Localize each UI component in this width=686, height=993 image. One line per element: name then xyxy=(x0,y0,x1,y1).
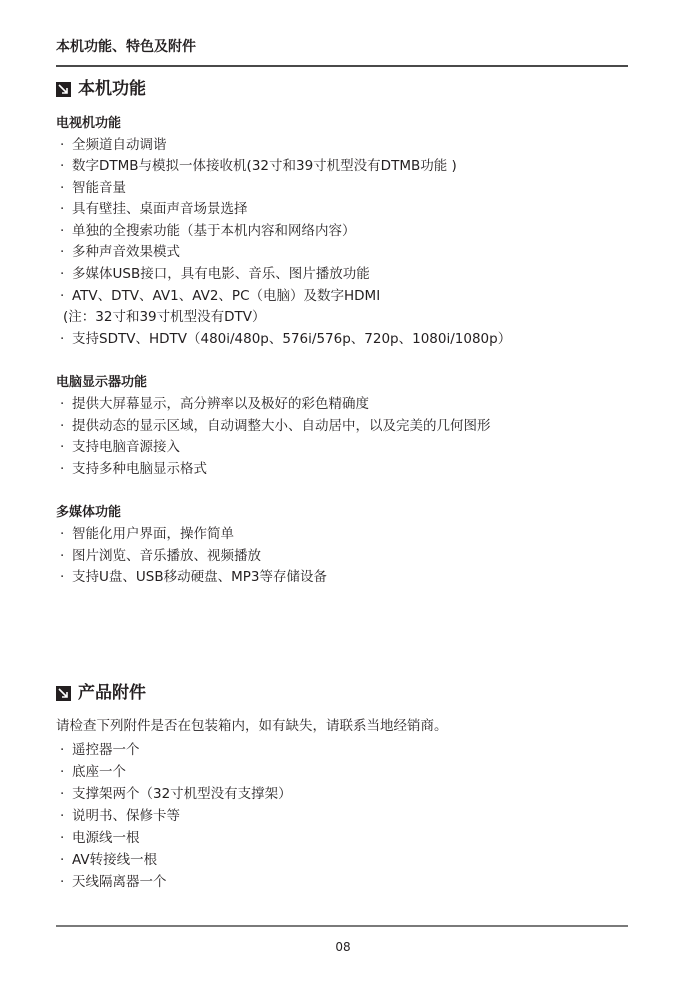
footer-divider xyxy=(56,925,628,927)
section-title-features: 本机功能 xyxy=(56,78,146,100)
bullet: · xyxy=(60,547,72,565)
bullet: · xyxy=(60,395,72,413)
group-heading-tv: 电视机功能 xyxy=(56,115,121,133)
list-item: ·遥控器一个 xyxy=(60,741,140,759)
bullet: · xyxy=(60,807,72,825)
list-item: ·数字DTMB与模拟一体接收机(32寸和39寸机型没有DTMB功能 ) xyxy=(60,157,457,175)
header-divider xyxy=(56,65,628,67)
bullet: · xyxy=(60,785,72,803)
list-item: ·支持U盘、USB移动硬盘、MP3等存储设备 xyxy=(60,568,327,586)
section-title-accessories: 产品附件 xyxy=(56,682,146,704)
list-item: ·提供大屏幕显示，高分辨率以及极好的彩色精确度 xyxy=(60,395,369,413)
bullet: · xyxy=(60,157,72,175)
list-item: ·多种声音效果模式 xyxy=(60,243,180,261)
list-item: ·支持多种电脑显示格式 xyxy=(60,460,207,478)
bullet: · xyxy=(60,222,72,240)
list-item: ·说明书、保修卡等 xyxy=(60,807,180,825)
bullet: · xyxy=(60,179,72,197)
bullet: · xyxy=(60,200,72,218)
list-item: ·支持电脑音源接入 xyxy=(60,438,180,456)
page-number: 08 xyxy=(0,939,686,955)
bullet: · xyxy=(60,438,72,456)
section-title-text: 本机功能 xyxy=(78,78,146,100)
list-item: ·具有壁挂、桌面声音场景选择 xyxy=(60,200,248,218)
bullet: · xyxy=(60,851,72,869)
bullet: · xyxy=(60,330,72,348)
list-item: ·多媒体USB接口，具有电影、音乐、图片播放功能 xyxy=(60,265,370,283)
bullet: · xyxy=(60,287,72,305)
list-item: ·AV转接线一根 xyxy=(60,851,157,869)
list-item: ·支撑架两个（32寸机型没有支撑架） xyxy=(60,785,292,803)
list-item: ·图片浏览、音乐播放、视频播放 xyxy=(60,547,261,565)
bullet: · xyxy=(60,763,72,781)
arrow-down-right-box-icon xyxy=(56,686,71,701)
list-item-note: (注：32寸和39寸机型没有DTV） xyxy=(63,308,266,326)
accessories-intro: 请检查下列附件是否在包装箱内，如有缺失，请联系当地经销商。 xyxy=(56,717,448,735)
arrow-down-right-box-icon xyxy=(56,82,71,97)
bullet: · xyxy=(60,243,72,261)
list-item: ·提供动态的显示区域，自动调整大小、自动居中，以及完美的几何图形 xyxy=(60,417,491,435)
bullet: · xyxy=(60,136,72,154)
list-item: ·全频道自动调谐 xyxy=(60,136,167,154)
bullet: · xyxy=(60,873,72,891)
list-item: ·智能音量 xyxy=(60,179,126,197)
bullet: · xyxy=(60,460,72,478)
list-item: ·电源线一根 xyxy=(60,829,140,847)
bullet: · xyxy=(60,741,72,759)
list-item: ·ATV、DTV、AV1、AV2、PC（电脑）及数字HDMI xyxy=(60,287,380,305)
group-heading-pc-monitor: 电脑显示器功能 xyxy=(56,374,147,392)
bullet: · xyxy=(60,265,72,283)
section-title-text: 产品附件 xyxy=(78,682,146,704)
bullet: · xyxy=(60,525,72,543)
list-item: ·单独的全搜索功能（基于本机内容和网络内容） xyxy=(60,222,356,240)
list-item: ·智能化用户界面，操作简单 xyxy=(60,525,234,543)
list-item: ·天线隔离器一个 xyxy=(60,873,167,891)
page-header-title: 本机功能、特色及附件 xyxy=(56,37,196,57)
list-item: ·支持SDTV、HDTV（480i/480p、576i/576p、720p、10… xyxy=(60,330,511,348)
bullet: · xyxy=(60,568,72,586)
group-heading-multimedia: 多媒体功能 xyxy=(56,504,121,522)
list-item: ·底座一个 xyxy=(60,763,126,781)
bullet: · xyxy=(60,829,72,847)
bullet: · xyxy=(60,417,72,435)
